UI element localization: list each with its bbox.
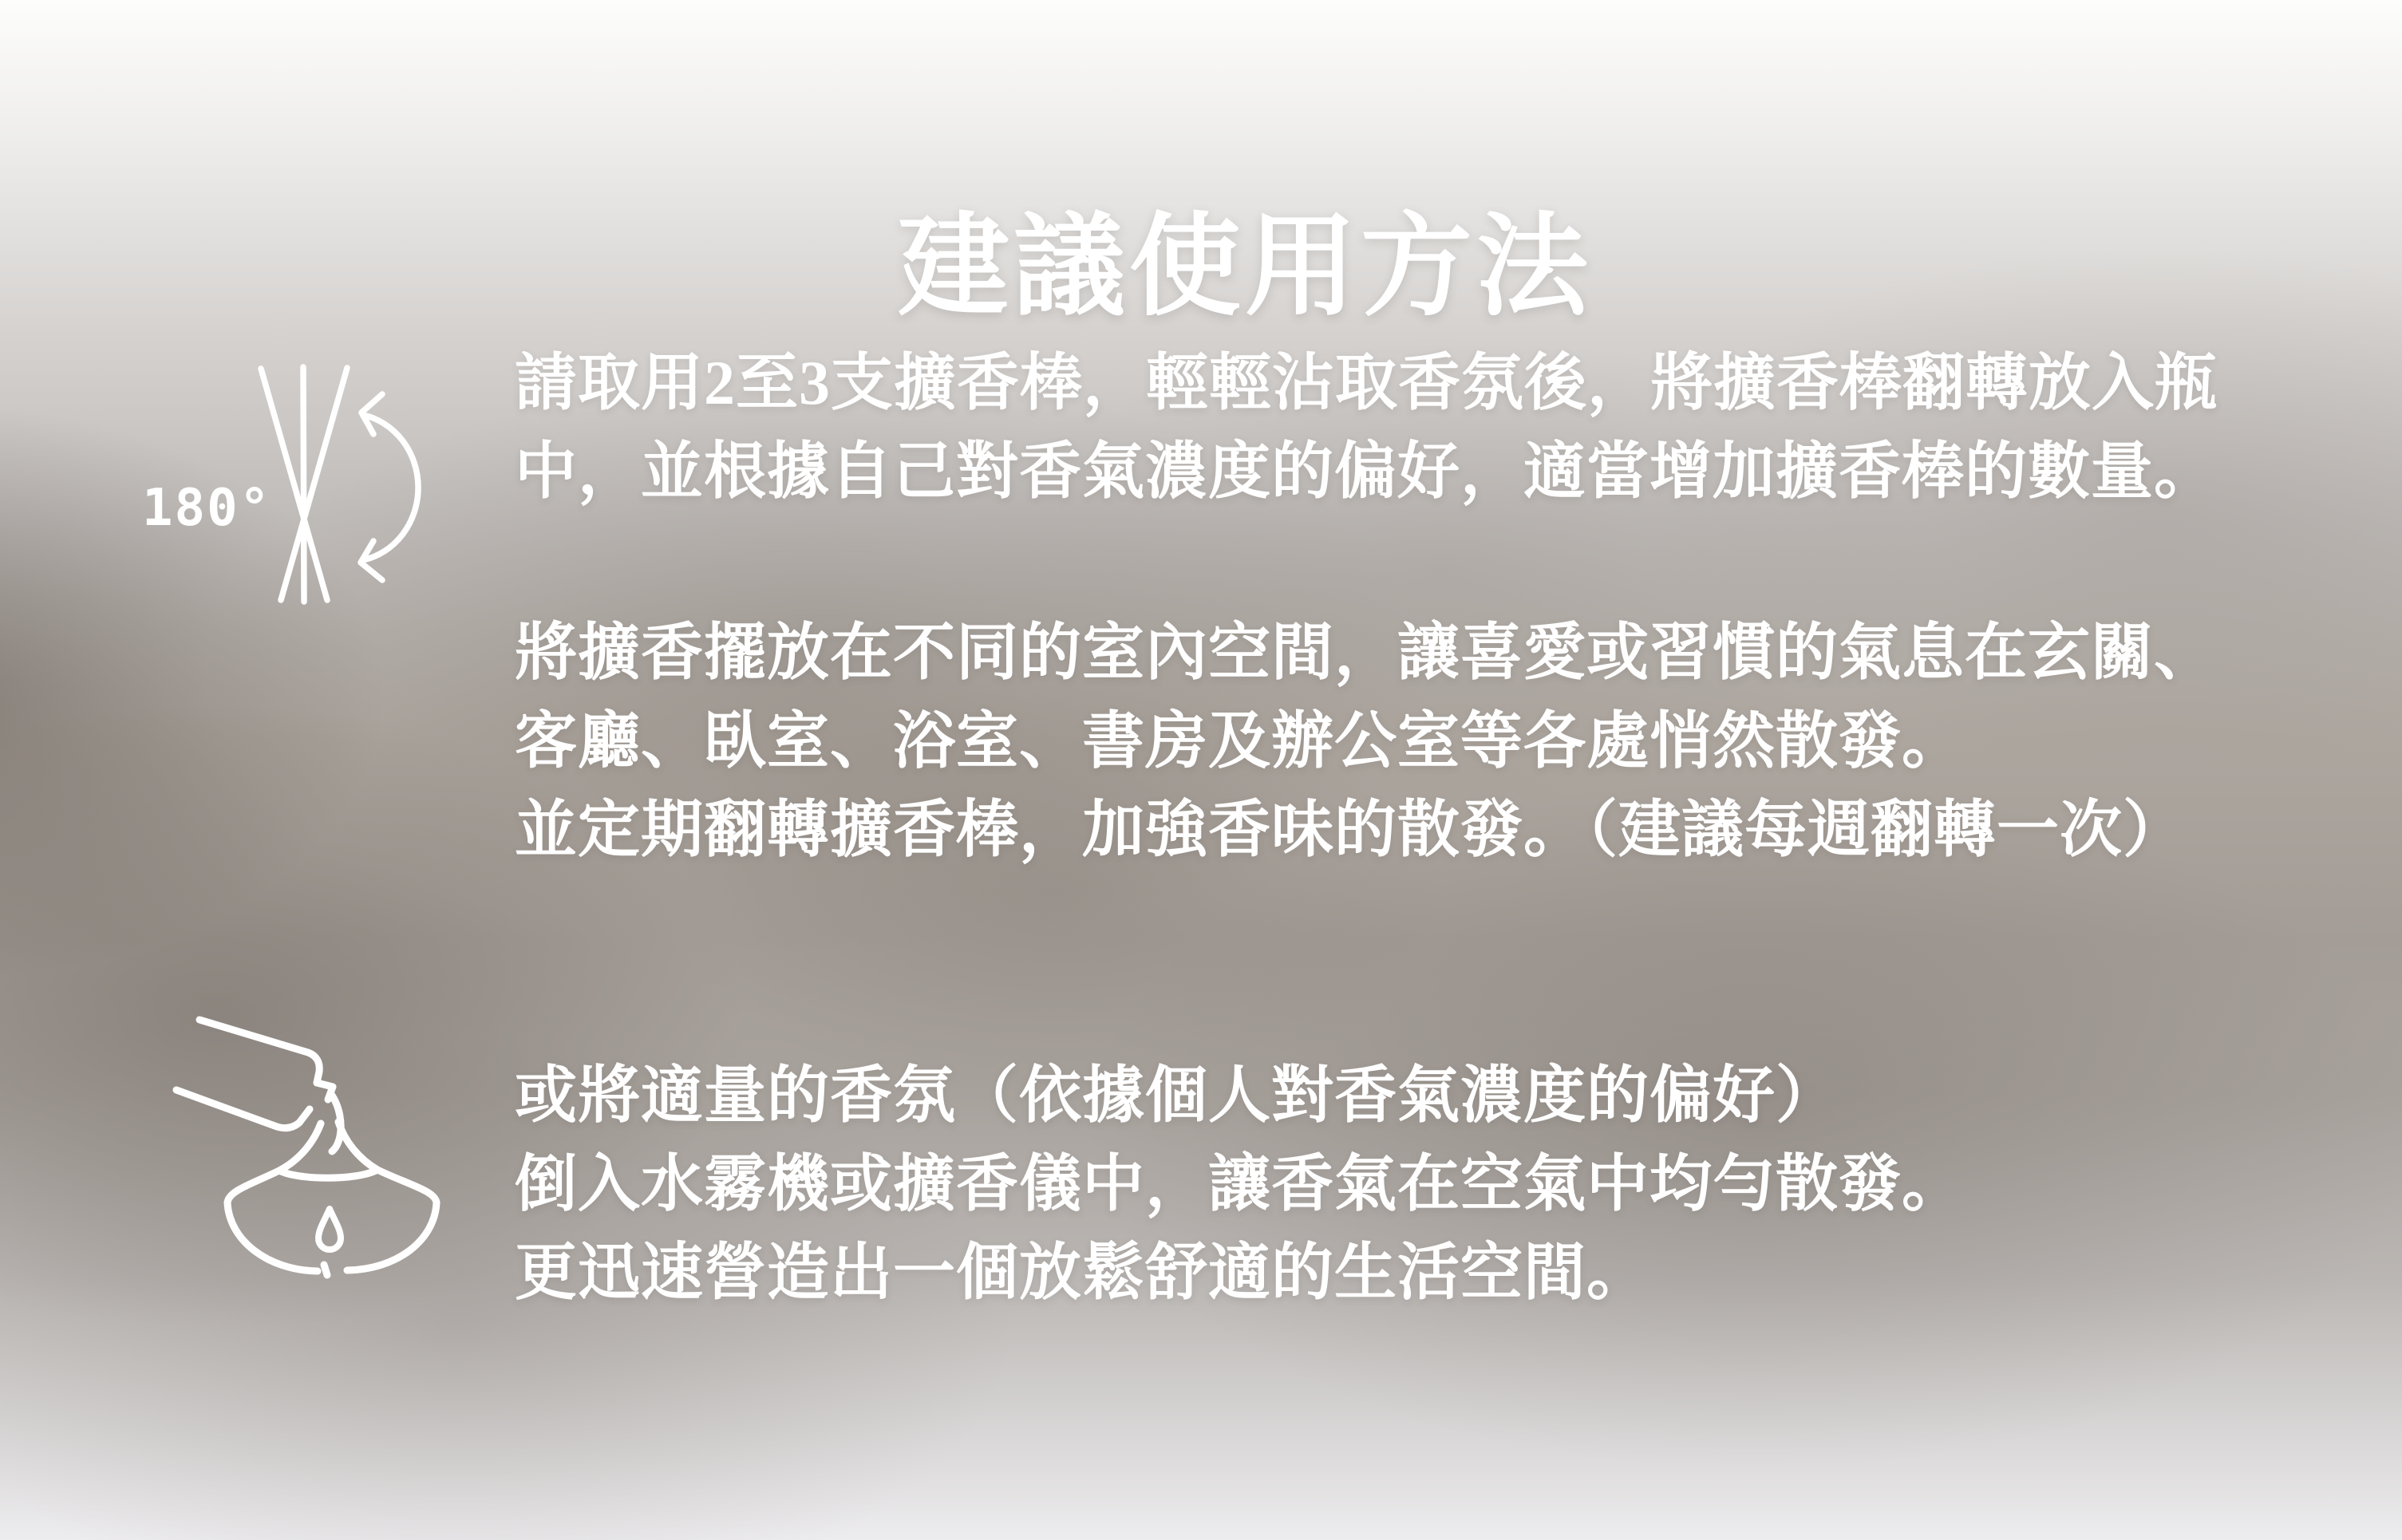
- reed-stick-diagonal-right: [281, 368, 347, 600]
- diffuser-rim: [279, 1170, 377, 1178]
- usage-instructions-image: 建議使用方法 180° 請取用2至3支擴香棒，輕輕沾取香氛後，將擴香棒翻轉放入瓶…: [0, 0, 2402, 1540]
- text-line: 並定期翻轉擴香棒，加強香味的散發。（建議每週翻轉一次）: [515, 785, 2217, 874]
- text-line: 將擴香擺放在不同的室內空間，讓喜愛或習慣的氣息在玄關、: [515, 608, 2217, 697]
- reed-sticks-rotate-icon: 180°: [128, 343, 479, 646]
- pour-into-diffuser-icon: [156, 1007, 443, 1282]
- instruction-paragraph-2: 將擴香擺放在不同的室內空間，讓喜愛或習慣的氣息在玄關、 客廳、臥室、浴室、書房及…: [515, 608, 2217, 874]
- instruction-paragraph-3: 或將適量的香氛（依據個人對香氣濃度的偏好） 倒入水霧機或擴香儀中，讓香氣在空氣中…: [515, 1051, 1965, 1317]
- text-line: 或將適量的香氛（依據個人對香氣濃度的偏好）: [515, 1051, 1965, 1139]
- text-line: 更迅速營造出一個放鬆舒適的生活空間。: [515, 1228, 1965, 1317]
- diffuser-body-left: [227, 1202, 318, 1271]
- reed-stick-vertical: [303, 367, 304, 602]
- instruction-paragraph-1: 請取用2至3支擴香棒，輕輕沾取香氛後，將擴香棒翻轉放入瓶 中，並根據自己對香氣濃…: [515, 338, 2218, 515]
- rotation-arc: [363, 415, 418, 560]
- droplet-icon: [318, 1209, 341, 1250]
- text-line: 請取用2至3支擴香棒，輕輕沾取香氛後，將擴香棒翻轉放入瓶: [515, 338, 2218, 427]
- text-line: 倒入水霧機或擴香儀中，讓香氣在空氣中均勻散發。: [515, 1139, 1965, 1228]
- bottle-top-edge: [200, 1020, 319, 1083]
- arrowhead-top: [361, 394, 382, 434]
- diffuser-body-right: [347, 1202, 437, 1270]
- text-line: 中，並根據自己對香氣濃度的偏好，適當增加擴香棒的數量。: [515, 427, 2218, 515]
- text-line: 客廳、臥室、浴室、書房及辦公室等各處悄然散發。: [515, 697, 2217, 785]
- diffuser-dome-right: [338, 1122, 437, 1202]
- bottle-bottom-edge: [176, 1090, 310, 1128]
- rotation-angle-label: 180°: [142, 479, 271, 538]
- diffuser-bottom-tick: [324, 1265, 327, 1275]
- page-title: 建議使用方法: [44, 212, 2402, 324]
- diffuser-dome-left: [227, 1123, 321, 1202]
